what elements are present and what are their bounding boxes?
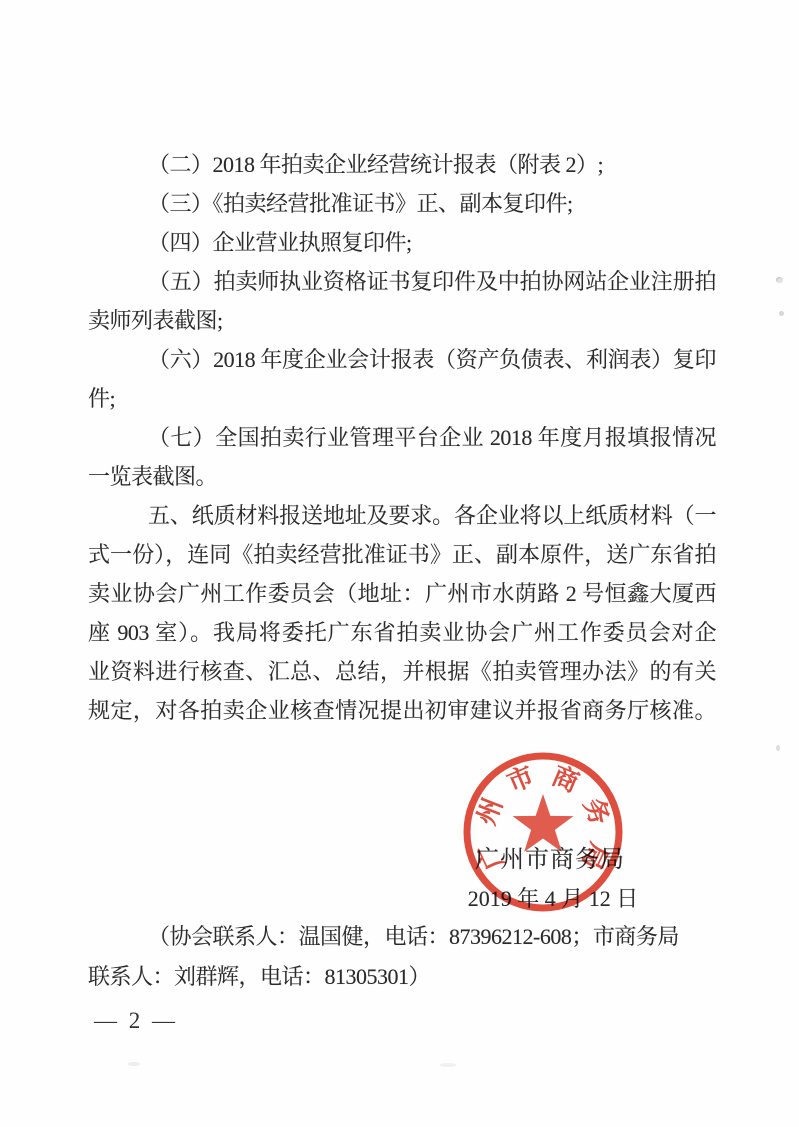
page-number: — 2 — [94,1008,178,1034]
document-body: （二）2018 年拍卖企业经营统计报表（附表 2）; （三）《拍卖经营批准证书》… [88,145,716,730]
official-seal-stamp: 广 州 市 商 务 局 [448,737,638,927]
body-line: （三）《拍卖经营批准证书》正、副本复印件; [88,184,716,223]
body-line: 座 903 室）。我局将委托广东省拍卖业协会广州工作委员会对企 [88,613,716,652]
scan-speck [779,311,784,316]
body-line: （五）拍卖师执业资格证书复印件及中拍协网站企业注册拍 [88,262,716,301]
body-line: （四）企业营业执照复印件; [88,223,716,262]
contact-line: （协会联系人：温国健，电话：87396212-608；市商务局 [88,917,728,957]
body-line: 件; [88,379,716,418]
body-line: 式一份），连同《拍卖经营批准证书》正、副本原件，送广东省拍 [88,535,716,574]
seal-star-icon [513,794,574,852]
body-line: 一览表截图。 [88,457,716,496]
contact-line: 联系人：刘群辉，电话：81305301） [88,957,728,997]
body-line: 五、纸质材料报送地址及要求。各企业将以上纸质材料（一 [88,496,716,535]
scan-speck [128,1062,140,1066]
body-line: 业资料进行核查、汇总、总结，并根据《拍卖管理办法》的有关 [88,652,716,691]
body-line: （七）全国拍卖行业管理平台企业 2018 年度月报填报情况 [88,418,716,457]
scan-speck [776,745,780,751]
body-line: 卖师列表截图; [88,301,716,340]
contact-info: （协会联系人：温国健，电话：87396212-608；市商务局 联系人：刘群辉，… [88,917,728,997]
scanned-document-page: （二）2018 年拍卖企业经营统计报表（附表 2）; （三）《拍卖经营批准证书》… [0,0,799,1127]
scan-speck [776,277,783,283]
body-line: （二）2018 年拍卖企业经营统计报表（附表 2）; [88,145,716,184]
body-line: （六）2018 年度企业会计报表（资产负债表、利润表）复印 [88,340,716,379]
body-line: 卖业协会广州工作委员会（地址：广州市水荫路 2 号恒鑫大厦西 [88,574,716,613]
body-line: 规定，对各拍卖企业核查情况提出初审建议并报省商务厅核准。 [88,691,716,730]
scan-speck [440,1063,456,1067]
